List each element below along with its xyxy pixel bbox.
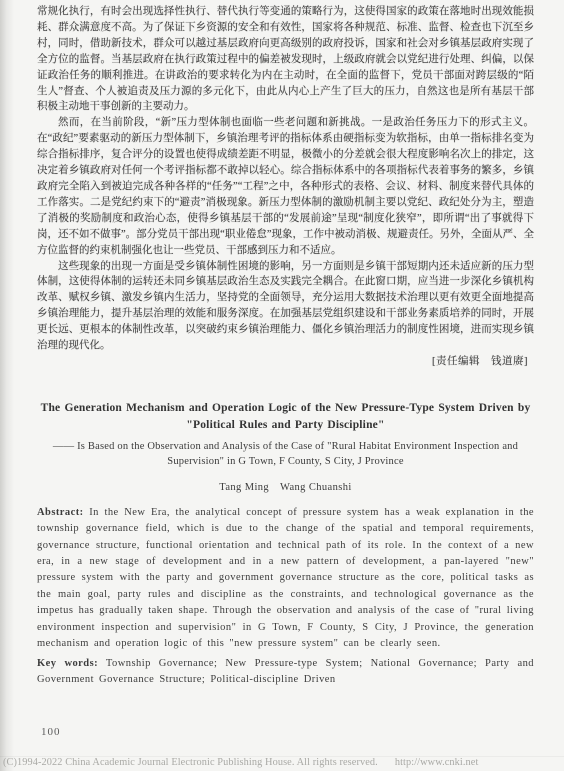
- chinese-paragraph-continuation: 常规化执行，有时会出现选择性执行、替代执行等变通的策略行为，这使得国家的政策在落…: [37, 4, 534, 115]
- page-content: 常规化执行，有时会出现选择性执行、替代执行等变通的策略行为，这使得国家的政策在落…: [37, 4, 534, 688]
- responsible-editor-note: [责任编辑 钱道赓]: [37, 354, 534, 370]
- chinese-paragraph: 这些现象的出现一方面是受乡镇体制性困境的影响，另一方面则是乡镇干部短期内还未适应…: [37, 259, 534, 354]
- copyright-footer: (C)1994-2022 China Academic Journal Elec…: [3, 757, 478, 768]
- keywords-paragraph: Key words: Township Governance; New Pres…: [37, 656, 534, 689]
- english-subtitle: —— Is Based on the Observation and Analy…: [37, 439, 534, 470]
- cnki-url: http://www.cnki.net: [395, 757, 479, 768]
- abstract-text: In the New Era, the analytical concept o…: [37, 507, 534, 649]
- journal-scanned-page: 常规化执行，有时会出现选择性执行、替代执行等变通的策略行为，这使得国家的政策在落…: [0, 0, 564, 771]
- keywords-text: Township Governance; New Pressure-type S…: [37, 658, 534, 685]
- chinese-text-section: 常规化执行，有时会出现选择性执行、替代执行等变通的策略行为，这使得国家的政策在落…: [37, 4, 534, 370]
- english-title: The Generation Mechanism and Operation L…: [37, 400, 534, 434]
- keywords-label: Key words:: [37, 658, 98, 669]
- abstract-label: Abstract:: [37, 507, 84, 518]
- copyright-text: (C)1994-2022 China Academic Journal Elec…: [3, 757, 378, 768]
- page-number: 100: [41, 726, 61, 738]
- english-abstract-section: The Generation Mechanism and Operation L…: [37, 400, 534, 688]
- authors-line: Tang Ming Wang Chuanshi: [37, 479, 534, 494]
- chinese-paragraph: 然而，在当前阶段，“新”压力型体制也面临一些老问题和新挑战。一是政治任务压力下的…: [37, 115, 534, 258]
- scan-left-edge-shadow: [0, 0, 14, 771]
- abstract-paragraph: Abstract: In the New Era, the analytical…: [37, 505, 534, 653]
